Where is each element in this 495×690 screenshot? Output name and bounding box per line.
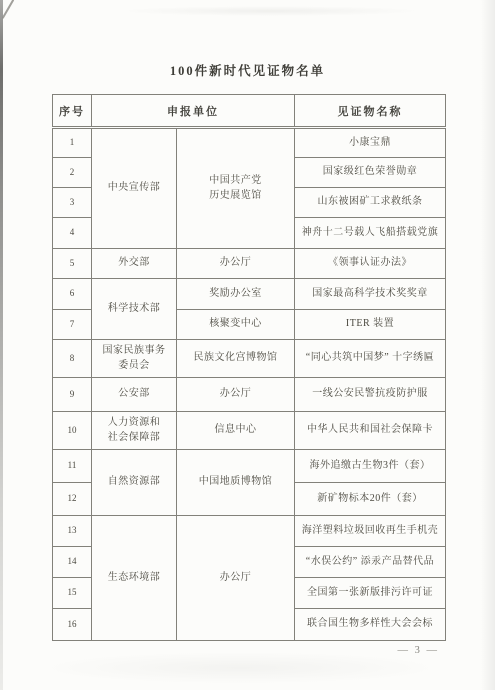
witness-name-cell: “同心共筑中国梦” 十字绣匾 [295, 340, 446, 378]
witness-name-cell: 海洋塑料垃圾回收再生手机壳 [295, 516, 446, 547]
row-serial-number: 11 [53, 450, 92, 483]
table-row: 9公安部办公厅一线公安民警抗疫防护服 [53, 378, 446, 412]
row-serial-number: 3 [53, 188, 92, 218]
row-serial-number: 6 [53, 279, 92, 310]
page-number: — 3 — [0, 645, 495, 656]
department-cell: 中国地质博物馆 [177, 450, 295, 516]
row-serial-number: 10 [53, 412, 92, 450]
witness-name-cell: 《领事认证办法》 [295, 249, 446, 279]
department-cell: 办公厅 [177, 249, 295, 279]
reporting-unit-cell: 自然资源部 [92, 450, 177, 516]
witness-name-cell: 国家最高科学技术奖奖章 [295, 279, 446, 310]
scanned-document-page: 100件新时代见证物名单 序号 申报单位 见证物名称 1中央宣传部中国共产党 历… [0, 0, 495, 690]
department-cell: 核聚变中心 [177, 310, 295, 340]
witness-name-cell: 一线公安民警抗疫防护服 [295, 378, 446, 412]
witness-name-cell: 小康宝鼎 [295, 128, 446, 158]
table-row: 5外交部办公厅《领事认证办法》 [53, 249, 446, 279]
table-row: 6科学技术部奖励办公室国家最高科学技术奖奖章 [53, 279, 446, 310]
table-row: 1中央宣传部中国共产党 历史展览馆小康宝鼎 [53, 128, 446, 158]
department-cell: 办公厅 [177, 378, 295, 412]
table-row: 8国家民族事务 委员会民族文化宫博物馆“同心共筑中国梦” 十字绣匾 [53, 340, 446, 378]
reporting-unit-cell: 外交部 [92, 249, 177, 279]
document-content: 100件新时代见证物名单 序号 申报单位 见证物名称 1中央宣传部中国共产党 历… [0, 0, 495, 690]
department-cell: 中国共产党 历史展览馆 [177, 128, 295, 249]
row-serial-number: 13 [53, 516, 92, 547]
witness-name-cell: 神舟十二号载人飞船搭载党旗 [295, 218, 446, 249]
row-serial-number: 1 [53, 128, 92, 158]
table-row: 13生态环境部办公厅海洋塑料垃圾回收再生手机壳 [53, 516, 446, 547]
header-witness-name: 见证物名称 [295, 95, 446, 128]
department-cell: 奖励办公室 [177, 279, 295, 310]
row-serial-number: 5 [53, 249, 92, 279]
row-serial-number: 12 [53, 483, 92, 516]
row-serial-number: 14 [53, 547, 92, 578]
witness-name-cell: 海外追缴古生物3件（套） [295, 450, 446, 483]
header-serial-number: 序号 [53, 95, 92, 128]
witness-name-cell: “水俣公约” 添汞产品替代品 [295, 547, 446, 578]
witness-name-cell: 山东被困矿工求救纸条 [295, 188, 446, 218]
reporting-unit-cell: 人力资源和 社会保障部 [92, 412, 177, 450]
reporting-unit-cell: 国家民族事务 委员会 [92, 340, 177, 378]
witness-name-cell: 新矿物标本20件（套） [295, 483, 446, 516]
row-serial-number: 16 [53, 609, 92, 641]
row-serial-number: 9 [53, 378, 92, 412]
header-reporting-unit: 申报单位 [92, 95, 295, 128]
department-cell: 办公厅 [177, 516, 295, 641]
witness-name-cell: ITER 装置 [295, 310, 446, 340]
department-cell: 民族文化宫博物馆 [177, 340, 295, 378]
witness-name-cell: 联合国生物多样性大会会标 [295, 609, 446, 641]
row-serial-number: 7 [53, 310, 92, 340]
table-row: 10人力资源和 社会保障部信息中心中华人民共和国社会保障卡 [53, 412, 446, 450]
row-serial-number: 2 [53, 158, 92, 188]
witness-name-cell: 中华人民共和国社会保障卡 [295, 412, 446, 450]
document-title: 100件新时代见证物名单 [0, 61, 495, 79]
witness-name-cell: 国家级红色荣誉勋章 [295, 158, 446, 188]
row-serial-number: 15 [53, 578, 92, 609]
row-serial-number: 8 [53, 340, 92, 378]
witness-objects-table: 序号 申报单位 见证物名称 1中央宣传部中国共产党 历史展览馆小康宝鼎2国家级红… [52, 94, 446, 641]
reporting-unit-cell: 生态环境部 [92, 516, 177, 641]
row-serial-number: 4 [53, 218, 92, 249]
table-row: 11自然资源部中国地质博物馆海外追缴古生物3件（套） [53, 450, 446, 483]
department-cell: 信息中心 [177, 412, 295, 450]
witness-name-cell: 全国第一张新版排污许可证 [295, 578, 446, 609]
reporting-unit-cell: 公安部 [92, 378, 177, 412]
reporting-unit-cell: 中央宣传部 [92, 128, 177, 249]
table-header-row: 序号 申报单位 见证物名称 [53, 95, 446, 128]
reporting-unit-cell: 科学技术部 [92, 279, 177, 340]
